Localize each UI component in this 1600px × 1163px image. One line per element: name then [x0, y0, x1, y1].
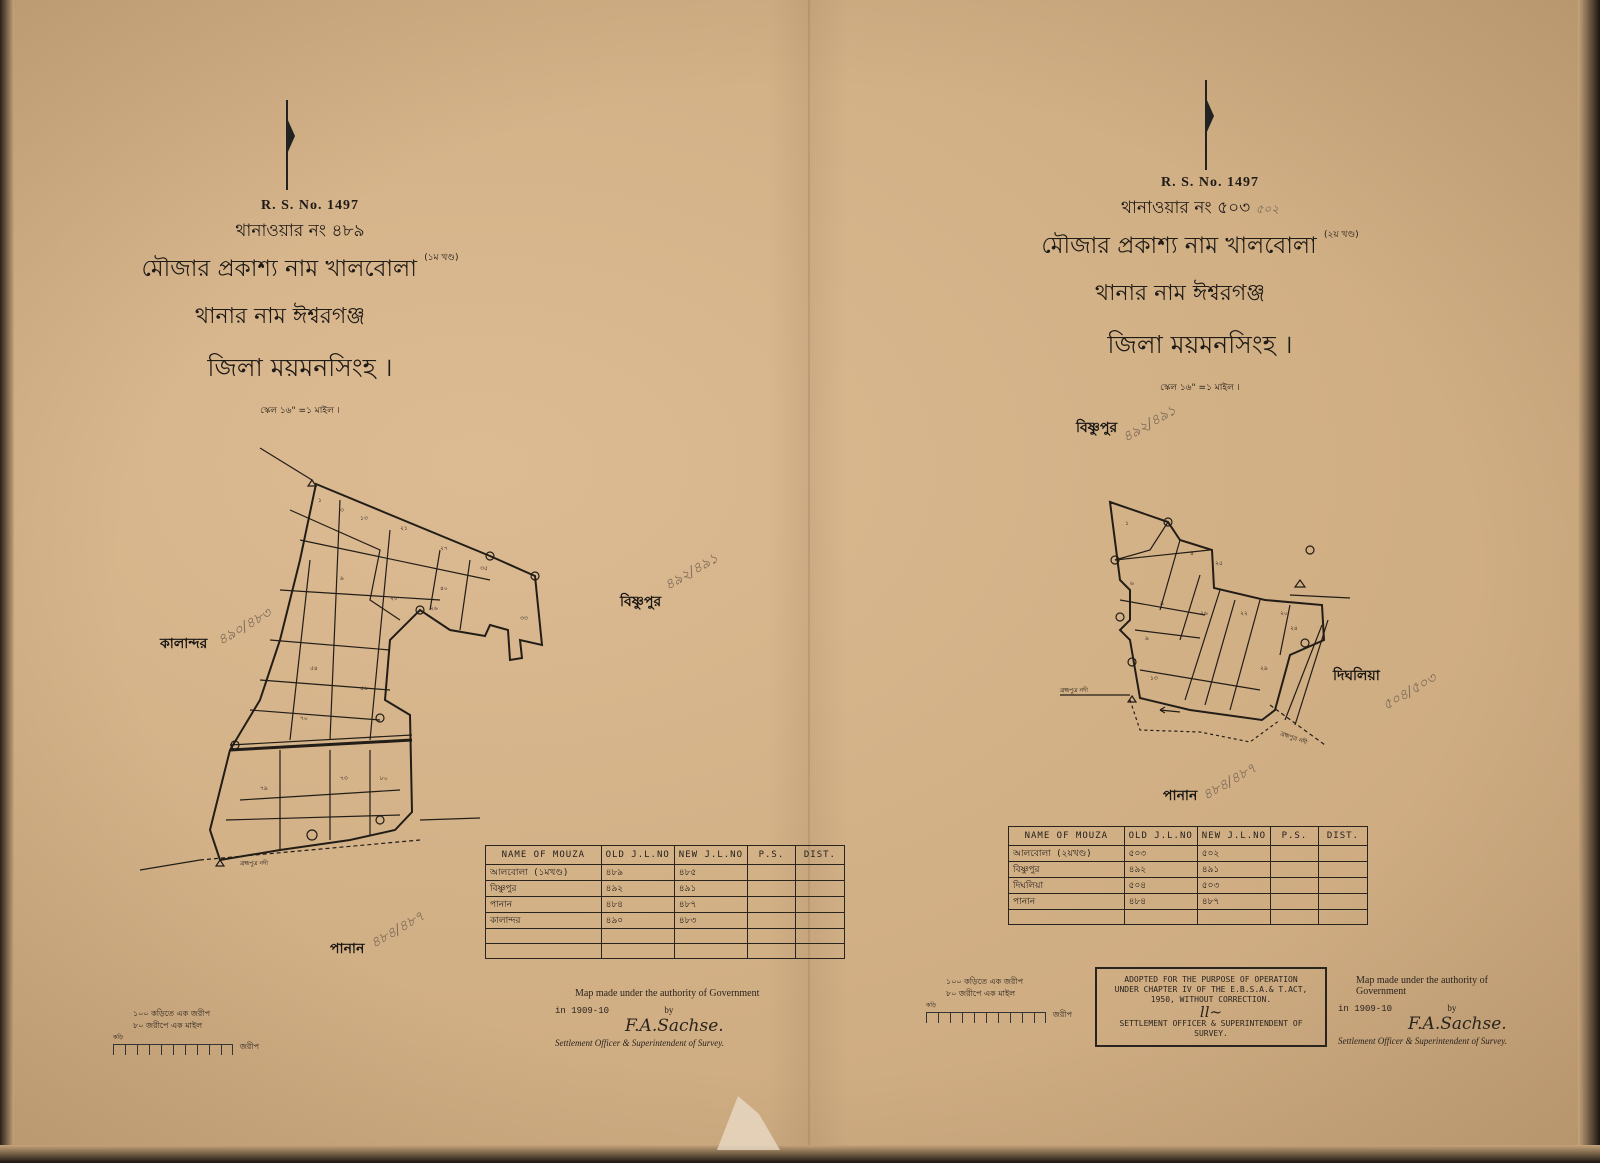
survey-year: in 1909-10 by [1338, 1003, 1538, 1014]
north-arrow-icon [1200, 80, 1212, 170]
svg-text:৭৯: ৭৯ [260, 785, 268, 792]
table-row: বিষ্ণুপুর৪৯২৪৯১ [1009, 862, 1368, 878]
svg-text:৩৩: ৩৩ [520, 615, 528, 622]
neighbor-west: কালান্দর [160, 632, 207, 656]
mouza-name: মৌজার প্রকাশ্য নাম খালবোলা (২য় খণ্ড) [1010, 227, 1390, 266]
right-title-block: R. S. No. 1497 থানাওয়ার নং ৫০৩ ৫০২ মৌজা… [1010, 175, 1390, 395]
thana-number: থানাওয়ার নং ৫০৩ ৫০২ [1010, 195, 1390, 223]
svg-text:৮০: ৮০ [380, 775, 388, 782]
table-row [486, 929, 845, 944]
river-label-west: ব্রহ্মপুত্র নদী [1060, 686, 1088, 694]
neighbor-south: পানান [1163, 784, 1197, 808]
mouza-name: মৌজার প্রকাশ্য নাম খালবোলা (১ম খণ্ড) [110, 250, 490, 289]
rs-number: R. S. No. 1497 [110, 198, 490, 214]
table-row: আলবোলা (১মখণ্ড)৪৮৯৪৮৫ [486, 865, 845, 881]
svg-text:২২: ২২ [1240, 610, 1248, 617]
svg-text:৪: ৪ [1190, 550, 1194, 557]
neighbor-south: পানান [330, 937, 364, 961]
district-name: জিলা ময়মনসিংহ । [1010, 325, 1390, 368]
table-row: পানান৪৮৪৪৮৭ [486, 897, 845, 913]
svg-text:২৬: ২৬ [1200, 610, 1208, 617]
stamp-signature: ll~ [1105, 1007, 1317, 1017]
svg-text:৩: ৩ [340, 507, 344, 514]
right-scale-legend: ১০০ কড়িতে এক জরীপ ৮০ জরীপে এক মাইল কড়ি… [926, 976, 1046, 1025]
pencil-note-east: ৪৯২/৪৯১ [660, 547, 723, 597]
svg-text:১৩: ১৩ [1150, 675, 1158, 682]
svg-text:৫৪: ৫৪ [310, 665, 318, 672]
right-parcel-map: ১৪২৫ ৬৯২৬ ২২২০২৪ ৯১৩২৯ ব্রহ্মপুত্র নদী ব… [1060, 480, 1360, 750]
table-header-row: NAME OF MOUZA OLD J.L.NO NEW J.L.NO P.S.… [486, 846, 845, 865]
svg-text:২১: ২১ [400, 525, 408, 532]
table-row [1009, 910, 1368, 925]
paper-edge-left [0, 0, 14, 1163]
svg-text:২৪: ২৪ [1290, 625, 1298, 632]
svg-text:৩৫: ৩৫ [480, 565, 488, 572]
center-fold [808, 0, 810, 1163]
left-parcel-map: ১৩১৩ ২১২৭৩৫ ৯২০২৬ ৫৪৫৬৭০ ৭৩৮০৭৯ ৪০৩৩ ব্র… [140, 440, 580, 880]
authority-text: Map made under the authority of Governme… [555, 988, 775, 999]
table-row: কালান্দর৪৯০৪৮৩ [486, 913, 845, 929]
thana-name: থানার নাম ঈশ্বরগঞ্জ [1010, 276, 1350, 313]
neighbor-north: বিষ্ণুপুর [1076, 416, 1117, 440]
rs-number: R. S. No. 1497 [1010, 175, 1390, 191]
survey-year: in 1909-10 by [555, 1005, 775, 1016]
svg-text:১: ১ [1125, 520, 1129, 527]
right-mouza-table: NAME OF MOUZA OLD J.L.NO NEW J.L.NO P.S.… [1008, 826, 1368, 925]
table-row: বিষ্ণুপুর৪৯২৪৯১ [486, 881, 845, 897]
pencil-note-north: ৪৯২/৪৯১ [1118, 399, 1181, 449]
svg-text:২৬: ২৬ [430, 605, 438, 612]
table-row: পানান৪৮৪৪৮৭ [1009, 894, 1368, 910]
adoption-stamp: ADOPTED FOR THE PURPOSE OF OPERATION UND… [1095, 967, 1327, 1047]
svg-text:৭৩: ৭৩ [340, 775, 348, 782]
office-title: Settlement Officer & Superintendent of S… [1338, 1036, 1538, 1046]
svg-text:৭০: ৭০ [300, 715, 308, 722]
north-arrow-icon [281, 100, 293, 190]
table-row: দিঘলিয়া৫০৪৫০৩ [1009, 878, 1368, 894]
signature: F.A.Sachse. [1408, 1014, 1538, 1034]
neighbor-east: বিষ্ণুপুর [620, 590, 661, 614]
left-authority-block: Map made under the authority of Governme… [555, 988, 775, 1048]
map-scale: স্কেল ১৬" =১ মাইল । [1010, 380, 1390, 395]
svg-text:৬: ৬ [1130, 580, 1134, 587]
map-scale: স্কেল ১৬" =১ মাইল । [110, 403, 490, 418]
authority-text: Map made under the authority of Governme… [1338, 975, 1538, 997]
mouza-part: (১ম খণ্ড) [424, 253, 458, 263]
svg-text:২৫: ২৫ [1215, 560, 1223, 567]
svg-text:১: ১ [318, 497, 322, 504]
mouza-part: (২য় খণ্ড) [1324, 230, 1359, 240]
svg-text:৯: ৯ [340, 575, 344, 582]
thana-number-pencil: ৫০২ [1256, 202, 1279, 216]
svg-text:২০: ২০ [1280, 610, 1288, 617]
left-mouza-table: NAME OF MOUZA OLD J.L.NO NEW J.L.NO P.S.… [485, 845, 845, 959]
scale-bar: জরীপ [926, 1012, 1046, 1025]
pencil-note-south: ৪৮৪/৪৮৭ [1198, 757, 1261, 807]
pencil-note-south: ৪৮৪/৪৮৭ [366, 905, 429, 955]
signature: F.A.Sachse. [625, 1016, 775, 1036]
table-row [486, 944, 845, 959]
svg-text:৯: ৯ [1160, 600, 1164, 607]
svg-text:৯: ৯ [1145, 635, 1149, 642]
svg-text:২৭: ২৭ [440, 545, 448, 552]
thana-name: থানার নাম ঈশ্বরগঞ্জ [110, 299, 450, 336]
left-scale-legend: ১০০ কড়িতে এক জরীপ ৮০ জরীপে এক মাইল কড়ি… [113, 1008, 233, 1057]
table-header-row: NAME OF MOUZA OLD J.L.NO NEW J.L.NO P.S.… [1009, 827, 1368, 846]
pencil-note-east: ৫০৪/৫০৩ [1378, 667, 1441, 717]
map-sheet: R. S. No. 1497 থানাওয়ার নং ৪৮৯ মৌজার প্… [0, 0, 1600, 1163]
svg-text:১৩: ১৩ [360, 515, 368, 522]
paper-edge-bottom [0, 1145, 1600, 1163]
svg-text:২০: ২০ [390, 595, 398, 602]
paper-edge-right [1578, 0, 1600, 1163]
table-row: আলবোলা (২য়খণ্ড)৫০৩৫০২ [1009, 846, 1368, 862]
thana-number: থানাওয়ার নং ৪৮৯ [110, 218, 490, 246]
svg-text:৪০: ৪০ [440, 585, 448, 592]
svg-text:৫৬: ৫৬ [360, 685, 368, 692]
scale-bar: জরীপ [113, 1044, 233, 1057]
svg-text:২৯: ২৯ [1260, 665, 1268, 672]
right-authority-block: Map made under the authority of Governme… [1338, 975, 1538, 1046]
river-label-east: ব্রহ্মপুত্র নদী [1278, 729, 1308, 747]
district-name: জিলা ময়মনসিংহ । [110, 348, 490, 391]
left-title-block: R. S. No. 1497 থানাওয়ার নং ৪৮৯ মৌজার প্… [110, 198, 490, 418]
neighbor-east: দিঘলিয়া [1333, 664, 1380, 688]
river-label: ব্রহ্মপুত্র নদী [239, 859, 268, 867]
paper-tear [710, 1090, 780, 1150]
office-title: Settlement Officer & Superintendent of S… [555, 1038, 775, 1048]
